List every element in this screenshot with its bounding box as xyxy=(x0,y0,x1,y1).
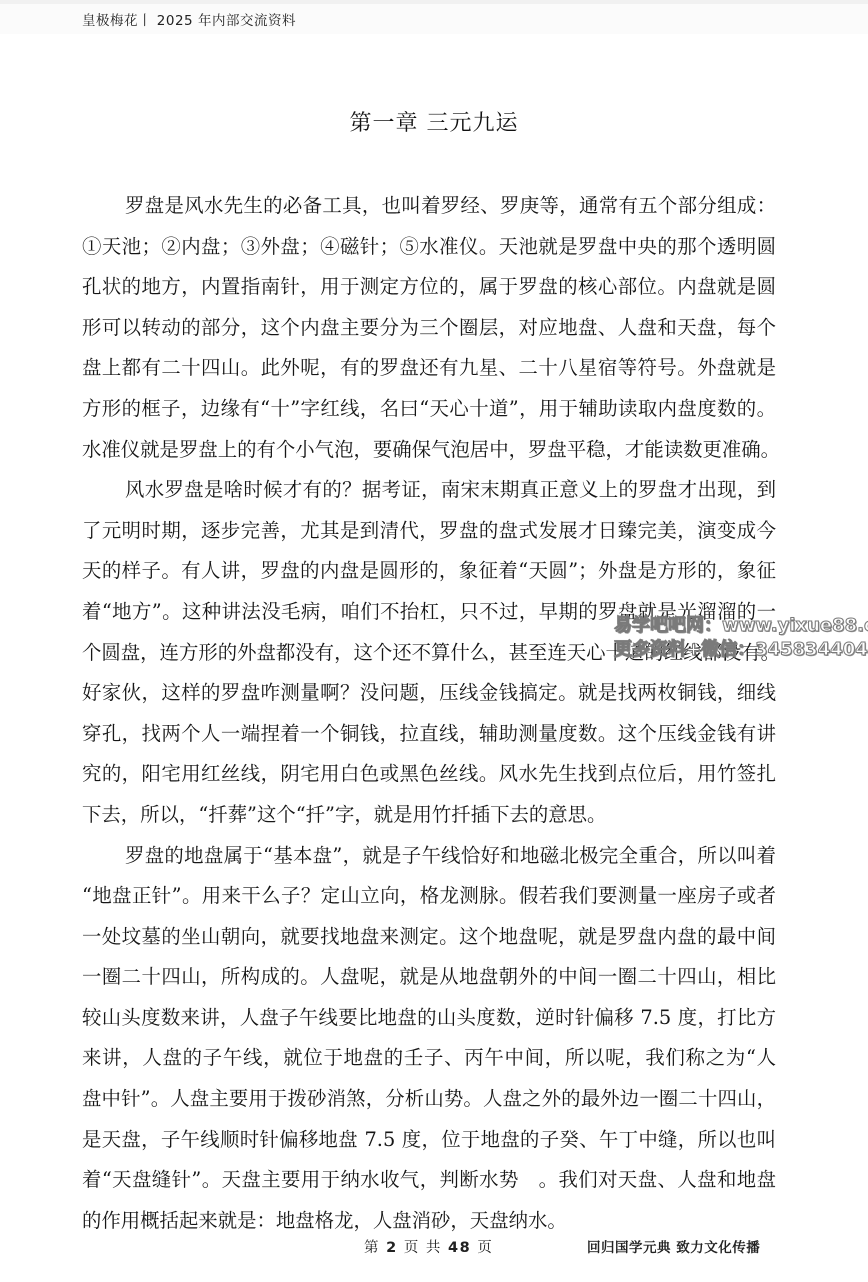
text-line: “地盘正针”。用来干么子？定山立向，格龙测脉。假若我们要测量一座房子或者 xyxy=(82,882,776,923)
paragraph-3: 罗盘的地盘属于“基本盘”，就是子午线恰好和地磁北极完全重合，所以叫着 “地盘正针… xyxy=(82,842,776,1248)
text-line: 风水罗盘是啥时候才有的？据考证，南宋末期真正意义上的罗盘才出现，到 xyxy=(82,476,776,517)
text-line: 水准仪就是罗盘上的有个小气泡，要确保气泡居中，罗盘平稳，才能读数更准确。 xyxy=(82,436,776,477)
text-line: 孔状的地方，内置指南针，用于测定方位的，属于罗盘的核心部位。内盘就是圆 xyxy=(82,273,776,314)
footer-slogan: 回归国学元典 致力文化传播 xyxy=(587,1236,760,1256)
text-line: 着“地方”。这种讲法没毛病，咱们不抬杠，只不过，早期的罗盘就是光溜溜的一 xyxy=(82,598,776,639)
running-header: 皇极梅花丨 2025 年内部交流资料 xyxy=(82,9,296,29)
page-suffix: 页 xyxy=(477,1240,493,1256)
text-line: 天的样子。有人讲，罗盘的内盘是圆形的，象征着“天圆”；外盘是方形的，象征 xyxy=(82,557,776,598)
text-line: 盘上都有二十四山。此外呢，有的罗盘还有九星、二十八星宿等符号。外盘就是 xyxy=(82,354,776,395)
text-line: 来讲，人盘的子午线，就位于地盘的壬子、丙午中间，所以呢，我们称之为“人 xyxy=(82,1044,776,1085)
paragraph-2: 风水罗盘是啥时候才有的？据考证，南宋末期真正意义上的罗盘才出现，到 了元明时期，… xyxy=(82,476,776,841)
text-line: 形可以转动的部分，这个内盘主要分为三个圈层，对应地盘、人盘和天盘，每个 xyxy=(82,314,776,355)
text-line: 好家伙，这样的罗盘咋测量啊？没问题，压线金钱搞定。就是找两枚铜钱，细线 xyxy=(82,679,776,720)
page-middle: 页 共 xyxy=(404,1240,442,1256)
text-line: 了元明时期，逐步完善，尤其是到清代，罗盘的盘式发展才日臻完美，演变成今 xyxy=(82,517,776,558)
text-line: 穿孔，找两个人一端捏着一个铜钱，拉直线，辅助测量度数。这个压线金钱有讲 xyxy=(82,720,776,761)
text-line: 下去，所以，“扦葬”这个“扦”字，就是用竹扦插下去的意思。 xyxy=(82,801,776,842)
page-number: 第 2 页 共 48 页 xyxy=(364,1236,493,1257)
chapter-title: 第一章 三元九运 xyxy=(0,106,868,137)
page-current: 2 xyxy=(386,1240,398,1256)
page-prefix: 第 xyxy=(364,1240,380,1256)
text-line: 个圆盘，连方形的外盘都没有，这个还不算什么，甚至连天心十道的红线都没有。 xyxy=(82,639,776,680)
text-line: 罗盘是风水先生的必备工具，也叫着罗经、罗庚等，通常有五个部分组成： xyxy=(82,192,776,233)
text-line: 究的，阳宅用红丝线，阴宅用白色或黑色丝线。风水先生找到点位后，用竹签扎 xyxy=(82,760,776,801)
text-line: 罗盘的地盘属于“基本盘”，就是子午线恰好和地磁北极完全重合，所以叫着 xyxy=(82,842,776,883)
text-line: 一圈二十四山，所构成的。人盘呢，就是从地盘朝外的中间一圈二十四山，相比 xyxy=(82,963,776,1004)
text-line: 是天盘，子午线顺时针偏移地盘 7.5 度，位于地盘的子癸、午丁中缝，所以也叫 xyxy=(82,1126,776,1167)
text-line: 着“天盘缝针”。天盘主要用于纳水收气，判断水势 。我们对天盘、人盘和地盘 xyxy=(82,1166,776,1207)
text-line: 方形的框子，边缘有“十”字红线，名曰“天心十道”，用于辅助读取内盘度数的。 xyxy=(82,395,776,436)
text-line: 较山头度数来讲，人盘子午线要比地盘的山头度数，逆时针偏移 7.5 度，打比方 xyxy=(82,1004,776,1045)
text-line: 一处坟墓的坐山朝向，就要找地盘来测定。这个地盘呢，就是罗盘内盘的最中间 xyxy=(82,923,776,964)
page-total: 48 xyxy=(448,1240,471,1256)
body-text: 罗盘是风水先生的必备工具，也叫着罗经、罗庚等，通常有五个部分组成： ①天池；②内… xyxy=(82,192,776,1247)
text-line: 盘中针”。人盘主要用于拨砂消煞，分析山势。人盘之外的最外边一圈二十四山， xyxy=(82,1085,776,1126)
text-line: ①天池；②内盘；③外盘；④磁针；⑤水准仪。天池就是罗盘中央的那个透明圆 xyxy=(82,233,776,274)
paragraph-1: 罗盘是风水先生的必备工具，也叫着罗经、罗庚等，通常有五个部分组成： ①天池；②内… xyxy=(82,192,776,476)
